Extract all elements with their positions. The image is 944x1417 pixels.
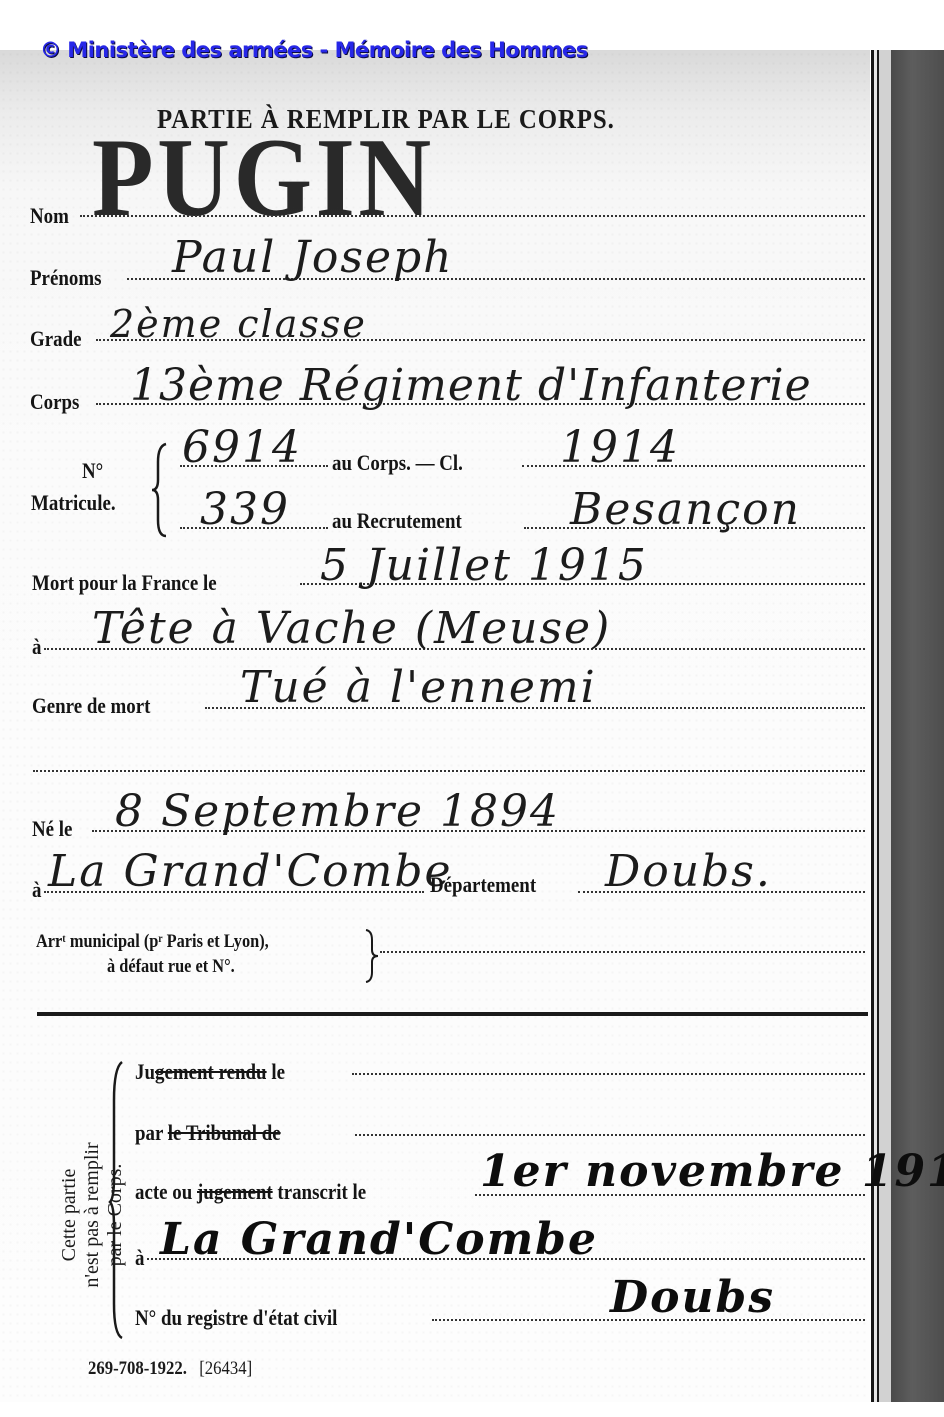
blank-line xyxy=(33,770,865,772)
au-corps-label: au Corps. — Cl. xyxy=(332,450,463,476)
nom-label: Nom xyxy=(30,203,69,229)
matricule-label-no: N° xyxy=(82,458,103,484)
mort-a-value: Tête à Vache (Meuse) xyxy=(92,603,611,654)
transcrit-label: acte ou jugement transcrit le xyxy=(135,1179,366,1205)
ne-le-value: 8 Septembre 1894 xyxy=(115,786,560,837)
jugement-line xyxy=(352,1073,865,1075)
grade-label: Grade xyxy=(30,326,82,352)
transcrit-label-prefix: acte ou xyxy=(135,1179,192,1204)
nom-field-line xyxy=(80,215,865,217)
section-divider xyxy=(37,1012,868,1016)
recrutement-lieu-value: Besançon xyxy=(570,484,801,535)
transcrit-a-value: La Grand'Combe xyxy=(160,1214,598,1265)
surname-stamp: PUGIN xyxy=(92,122,435,234)
lower-section-brace xyxy=(108,1060,128,1340)
ne-a-value: La Grand'Combe xyxy=(48,846,453,897)
jugement-label-prefix: Ju xyxy=(135,1059,155,1084)
grade-value: 2ème classe xyxy=(110,302,367,346)
matricule-label: Matricule. xyxy=(31,490,116,516)
mort-a-label: à xyxy=(32,634,41,660)
jugement-label-suffix: le xyxy=(271,1059,285,1084)
arrondissement-line xyxy=(380,951,865,953)
registre-value: Doubs xyxy=(610,1272,775,1323)
transcrit-label-suffix: transcrit le xyxy=(277,1179,366,1204)
ne-le-label: Né le xyxy=(32,816,72,842)
copyright-watermark: © Ministère des armées - Mémoire des Hom… xyxy=(40,38,588,62)
classe-value: 1914 xyxy=(560,422,680,473)
corps-label: Corps xyxy=(30,389,79,415)
transcrit-a-label: à xyxy=(135,1245,144,1271)
registre-label: N° du registre d'état civil xyxy=(135,1305,337,1331)
transcrit-label-struck: jugement xyxy=(197,1179,273,1204)
prenoms-label: Prénoms xyxy=(30,265,101,291)
prenoms-value: Paul Joseph xyxy=(172,232,454,283)
tribunal-label-prefix: par xyxy=(135,1120,163,1145)
genre-de-mort-value: Tué à l'ennemi xyxy=(240,662,597,713)
matricule-corps-value: 6914 xyxy=(182,422,302,473)
tribunal-label-struck: le Tribunal de xyxy=(168,1120,281,1145)
transcrit-value: 1er novembre 1915 xyxy=(480,1146,944,1197)
page-margin xyxy=(879,50,891,1402)
arrondissement-label-line1: Arrᵗ municipal (pʳ Paris et Lyon), xyxy=(36,931,269,953)
matricule-recrutement-value: 339 xyxy=(200,484,290,535)
print-code: 269-708-1922. xyxy=(88,1358,187,1379)
jugement-label-struck: gement rendu xyxy=(155,1059,267,1084)
departement-label: Département xyxy=(430,872,536,898)
scan-edge xyxy=(891,50,944,1402)
ne-a-label: à xyxy=(32,877,41,903)
corps-value: 13ème Régiment d'Infanterie xyxy=(130,360,812,411)
tribunal-line xyxy=(355,1134,865,1136)
arrondissement-brace xyxy=(362,928,382,984)
mort-le-value: 5 Juillet 1915 xyxy=(320,540,648,591)
side-note-line1: Cette partie xyxy=(58,1090,81,1340)
jugement-label: Jugement rendu le xyxy=(135,1059,285,1085)
side-note-line2: n'est pas à remplir xyxy=(81,1090,104,1340)
arrondissement-label-line2: à défaut rue et N°. xyxy=(107,956,235,978)
au-recrutement-label: au Recrutement xyxy=(332,508,462,534)
print-reference: [26434] xyxy=(199,1358,252,1379)
print-footer: 269-708-1922.[26434] xyxy=(88,1358,252,1380)
mort-le-label: Mort pour la France le xyxy=(32,570,217,596)
departement-value: Doubs. xyxy=(605,846,772,897)
tribunal-label: par le Tribunal de xyxy=(135,1120,281,1146)
matricule-brace xyxy=(150,440,172,540)
genre-de-mort-label: Genre de mort xyxy=(32,693,150,719)
